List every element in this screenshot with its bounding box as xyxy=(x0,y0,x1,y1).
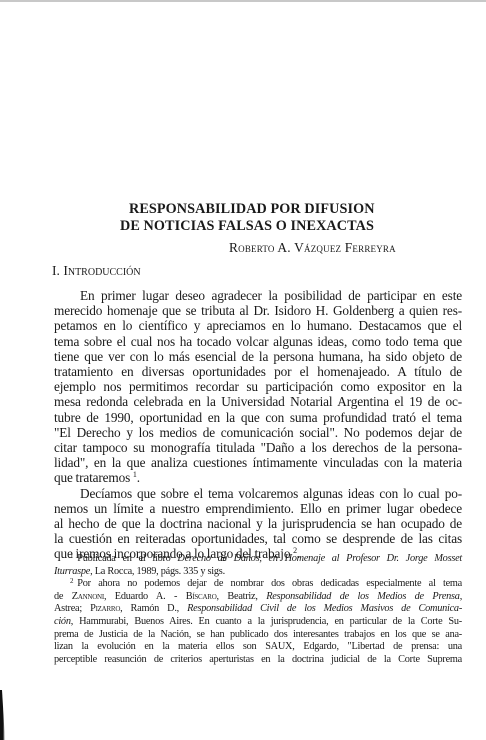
footnote-2-line: 2Por ahora no podemos dejar de nombrar d… xyxy=(54,578,462,591)
footnote-text: Por ahora no podemos dejar de nombrar do… xyxy=(77,578,462,589)
footnote-author: Zannoni xyxy=(72,591,104,602)
article-title: RESPONSABILIDAD POR DIFUSION DE NOTICIAS… xyxy=(120,201,450,235)
footnote-book-title: ción xyxy=(54,616,71,627)
footnote-text: , xyxy=(460,591,462,602)
paragraph-line: citar tampoco su monografía titulada "Da… xyxy=(54,440,462,455)
author-name: Roberto A. Vázquez Ferreyra xyxy=(229,240,396,256)
footnote-author: Bíscaro xyxy=(186,591,217,602)
footnote-text: , Eduardo A. - xyxy=(104,591,186,602)
paragraph-line: mesa redonda celebrada en la Universidad… xyxy=(54,394,462,409)
paragraph-line: la cuestión en reiteradas oportunidades,… xyxy=(54,531,462,546)
paragraph-line-text: que trataremos xyxy=(54,470,130,485)
footnote-2-line: ción, Hammurabi, Buenos Aires. En cuanto… xyxy=(54,616,462,629)
section-heading: I. Introducción xyxy=(52,263,141,279)
footnote-book-title: Iturraspe xyxy=(54,566,90,577)
footnote-text: , Ramón D., xyxy=(120,603,187,614)
paragraph-line: que trataremos 1. xyxy=(54,470,462,485)
footnote-text: Astrea; xyxy=(54,603,90,614)
footnote-2-line: de Zannoni, Eduardo A. - Bíscaro, Beatri… xyxy=(54,591,462,604)
paragraph-line: "El Derecho y los medios de comunicación… xyxy=(54,425,462,440)
footnote-2-line: Astrea; Pizarro, Ramón D., Responsabilid… xyxy=(54,603,462,616)
paragraph-line: Decíamos que sobre el tema volcaremos al… xyxy=(54,486,462,501)
footnote-1-line: 1Publicada en el libro Derecho de Daños,… xyxy=(54,553,462,566)
paragraph-line: tratamiento en diversas oportunidades po… xyxy=(54,364,462,379)
paragraph-line: merecido homenaje que se tributa al Dr. … xyxy=(54,303,462,318)
scanned-page-edge-shadow xyxy=(0,690,5,740)
footnote-author: Pizarro xyxy=(90,603,120,614)
page-top-border xyxy=(0,0,486,2)
paragraph-line: lidad", en la que analiza cuestiones ínt… xyxy=(54,455,462,470)
paragraph-line: ejemplo nos permitimos recordar su parti… xyxy=(54,379,462,394)
paragraph-line: tema sobre el cual nos ha tocado volcar … xyxy=(54,334,462,349)
footnote-number: 2 xyxy=(70,577,73,585)
title-line-1: RESPONSABILIDAD POR DIFUSION xyxy=(120,201,450,218)
footnote-book-title: Derecho de Daños, en Homenaje al Profeso… xyxy=(177,553,462,564)
footnote-1-line: Iturraspe, La Rocca, 1989, págs. 335 y s… xyxy=(54,566,462,579)
footnote-number: 1 xyxy=(70,552,73,560)
footnote-text: , Beatriz, xyxy=(217,591,267,602)
paragraph-line: tubre de 1990, oportunidad en la que con… xyxy=(54,410,462,425)
footnote-text: , Hammurabi, Buenos Aires. En cuanto a l… xyxy=(71,616,462,627)
paragraph-line: al hecho de que la doctrina nacional y l… xyxy=(54,516,462,531)
footnote-text: , La Rocca, 1989, págs. 335 y sigs. xyxy=(90,566,225,577)
footnote-2-line: prema de Justicia de la Nación, se han p… xyxy=(54,629,462,642)
footnotes: 1Publicada en el libro Derecho de Daños,… xyxy=(54,553,462,666)
footnote-2-line: lizan la evolución en la materia ellos s… xyxy=(54,641,462,654)
footnote-text: Publicada en el libro xyxy=(77,553,177,564)
footnote-book-title: Responsabilidad Civil de los Medios Masi… xyxy=(187,603,462,614)
paragraph-line: petamos en lo científico y apreciamos en… xyxy=(54,318,462,333)
paragraph-line: nemos un límite a nuestro emprendimiento… xyxy=(54,501,462,516)
footnote-ref-1[interactable]: 1 xyxy=(133,470,137,479)
paragraph-line: tiene que ver con lo más esencial de la … xyxy=(54,349,462,364)
footnote-book-title: Responsabilidad de los Medios de Prensa xyxy=(266,591,459,602)
footnote-text: de xyxy=(54,591,72,602)
body-text: En primer lugar deseo agradecer la posib… xyxy=(54,288,462,562)
title-line-2: DE NOTICIAS FALSAS O INEXACTAS xyxy=(120,218,450,235)
footnote-2-line: perceptible reasunción de criterios aper… xyxy=(54,654,462,667)
paragraph-line: En primer lugar deseo agradecer la posib… xyxy=(54,288,462,303)
